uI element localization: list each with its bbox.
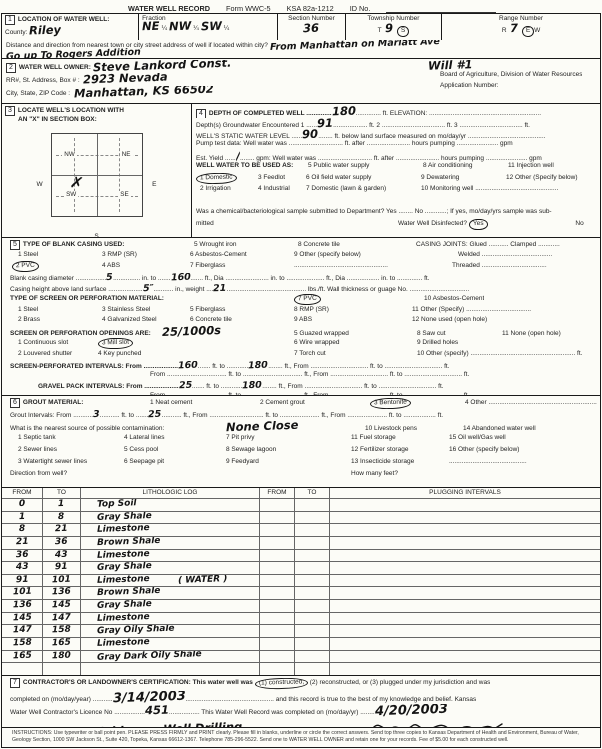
id-number-blank: [386, 5, 496, 13]
screen-9: 9 ABS: [294, 316, 412, 324]
plug-desc: [330, 524, 600, 537]
opening-11: 11 None (open hole): [502, 330, 561, 338]
use-3: 3 Feedlot: [258, 174, 306, 182]
opening-6: 6 Wire wrapped: [294, 339, 417, 347]
well-name-value: Will #1: [428, 60, 473, 71]
casing-6: 6 Asbestos-Cement: [190, 251, 294, 259]
section-2-number: 2: [6, 63, 16, 73]
plug-desc: [330, 625, 600, 638]
casing-height-label: Casing height above land surface .......…: [10, 286, 143, 294]
application-number-label: Application Number:: [440, 82, 499, 90]
log-row-to: 136: [43, 587, 81, 600]
groundwater-1-value: 91: [317, 118, 333, 129]
contam-16: 16 Other (specify below): [449, 446, 519, 454]
use-8: 8 Air conditioning: [423, 162, 508, 170]
section-6-grout: 6GROUT MATERIAL:1 Neat cement2 Cement gr…: [2, 395, 600, 487]
log-row-desc: Brown Shale: [81, 587, 260, 600]
water-annotation: ( WATER ): [178, 575, 228, 586]
log-row-to: 21: [43, 524, 81, 537]
grout-to-value: 25: [148, 410, 162, 420]
locate-heading-2: AN "X" IN SECTION BOX:: [5, 116, 188, 124]
contam-10: 10 Livestock pens: [365, 425, 463, 433]
section-number-value: 36: [303, 23, 319, 35]
openings-heading: SCREEN OR PERFORATION OPENINGS ARE:: [10, 330, 162, 338]
log-row-desc: Gray Oily Shale: [81, 625, 260, 638]
col-header-from-right: FROM: [260, 488, 295, 499]
grout-intervals-post: ........... ft., From ..................…: [162, 412, 443, 420]
instructions-text: INSTRUCTIONS: Use typewriter or ball poi…: [12, 730, 579, 743]
gpi-post: ........ ft., From .....................…: [262, 383, 443, 391]
col-header-lithologic-log: LITHOLOGIC LOG: [81, 488, 260, 499]
constructed-circled: (1) constructed,: [255, 678, 308, 690]
well-location-x-mark: ✗: [68, 174, 84, 192]
section-7-number: 7: [10, 678, 20, 688]
locate-heading-1: LOCATE WELL'S LOCATION WITH: [18, 107, 124, 115]
quarter-2: ¼: [193, 25, 198, 33]
log-row-to: 91: [43, 562, 81, 575]
spi-cont-line: From ................................. f…: [10, 371, 469, 379]
log-row-from: 1: [2, 512, 43, 525]
grout-from-value: 3: [93, 410, 100, 420]
distance-direction-block: Distance and direction from nearest town…: [2, 40, 600, 58]
section-3-number: 3: [5, 106, 15, 116]
completed-date-value: 3/14/2003: [112, 691, 185, 704]
plug-to: [295, 537, 330, 550]
log-row-to: 145: [43, 600, 81, 613]
plug-to: [295, 638, 330, 651]
casing-welded: Welded .................................…: [412, 251, 552, 259]
plug-to: [295, 499, 330, 512]
plug-desc: [330, 600, 600, 613]
casing-5: 5 Wrought iron: [194, 241, 298, 249]
address-label: RR#, St. Address, Box # :: [6, 77, 80, 85]
grout-3-bentonite-circled: 3 Bentonite: [370, 398, 411, 409]
plug-desc: [330, 613, 600, 626]
city-label: City, State, ZIP Code :: [6, 90, 70, 98]
col-header-plugging-intervals: PLUGGING INTERVALS: [330, 488, 600, 499]
feet-question: How many feet?: [351, 470, 398, 478]
owner-left: 2WATER WELL OWNER: Steve Lankord Const. …: [2, 59, 362, 103]
contam-12: 12 Fertilizer storage: [351, 446, 449, 454]
log-row-desc: Limestone: [81, 550, 260, 563]
disinfected-label: Water Well Disinfected?: [398, 220, 467, 228]
screen-8: 8 RMP (SR): [294, 306, 412, 314]
contam-14: 14 Abandoned water well: [463, 425, 536, 433]
opening-9: 9 Drilled holes: [417, 339, 458, 347]
gpi-mid: ....... ft. to ............: [192, 383, 243, 391]
spi-mid: ....... ft. to ............: [198, 363, 249, 371]
plug-from: [260, 625, 295, 638]
diameter-label: Blank casing diameter .................: [10, 275, 106, 283]
contam-other-blank: ........................................…: [449, 458, 597, 466]
id-number-label: ID No.: [350, 4, 371, 13]
spi-from-value: 160: [178, 361, 198, 371]
contam-2: 2 Sewer lines: [10, 446, 124, 454]
use-12: 12 Other (Specify below): [506, 174, 578, 182]
log-row-desc: Limestone( WATER ): [81, 575, 260, 588]
completed-on-label: completed on (mo/day/year) ...........: [10, 696, 113, 704]
grout-heading: GROUT MATERIAL:: [23, 399, 84, 406]
plug-from: [260, 638, 295, 651]
gpi-from-value: 25: [178, 381, 192, 391]
plug-from: [260, 587, 295, 600]
plug-desc: [330, 537, 600, 550]
est-yield-mark: /: [236, 151, 241, 162]
screen-10: 10 Asbestos-Cement: [424, 295, 484, 303]
township-cell: Township Number T 9 S: [345, 14, 441, 40]
log-row-from: 165: [2, 651, 43, 664]
log-row-desc: Brown Shale: [81, 537, 260, 550]
grout-intervals-mid: ........... ft. to .......: [100, 412, 149, 420]
section-3-4-row: 3LOCATE WELL'S LOCATION WITH AN "X" IN S…: [2, 103, 600, 237]
disinfected-no: No: [575, 220, 583, 228]
plug-to: [295, 562, 330, 575]
screen-2: 2 Brass: [10, 316, 102, 324]
certification-line-1-rest: (2) reconstructed, or (3) plugged under …: [310, 679, 491, 687]
log-row-from: 36: [2, 550, 43, 563]
screen-6: 6 Concrete tile: [190, 316, 294, 324]
grout-intervals-label: Grout Intervals: From ...........: [10, 412, 93, 420]
casing-joints-label: CASING JOINTS: Glued ........... Clamped…: [416, 241, 560, 249]
plug-desc: [330, 587, 600, 600]
use-5: 5 Public water supply: [308, 162, 423, 170]
plug-to: [295, 587, 330, 600]
business-name-value: Haldeman Well Drilling: [94, 721, 243, 727]
plug-from: [260, 600, 295, 613]
water-well-record-form: WATER WELL RECORD Form WWC-5 KSA 82a-121…: [0, 0, 602, 749]
owner-right: Will #1 Board of Agriculture, Division o…: [362, 59, 600, 103]
use-7: 7 Domestic (lawn & garden): [306, 185, 421, 193]
log-row-from: 101: [2, 587, 43, 600]
log-row-from: 158: [2, 638, 43, 651]
log-row-from: 21: [2, 537, 43, 550]
gpi-to-value: 180: [242, 381, 262, 391]
plug-desc: [330, 512, 600, 525]
contam-6: 6 Seepage pit: [124, 458, 226, 466]
instructions-block: INSTRUCTIONS: Use typewriter or ball poi…: [2, 727, 600, 749]
depth-value: 180: [331, 106, 355, 118]
diameter-mid: ............... in. to .......: [113, 275, 170, 283]
casing-1: 1 Steel: [10, 251, 102, 259]
casing-height-value: 5″: [142, 284, 153, 294]
plug-desc: [330, 550, 600, 563]
log-row-desc: Limestone: [81, 613, 260, 626]
use-6: 6 Oil field water supply: [306, 174, 421, 182]
owner-heading: WATER WELL OWNER:: [19, 64, 91, 72]
plug-from: [260, 550, 295, 563]
col-header-from-left: FROM: [2, 488, 43, 499]
plug-desc: [330, 575, 600, 588]
opening-1: 1 Continuous slot: [10, 339, 98, 347]
log-row-from: 147: [2, 625, 43, 638]
opening-5: 5 Guazed wrapped: [294, 330, 417, 338]
static-level-value: 90: [302, 129, 318, 140]
est-yield-post: ........ gpm: Well water was ...........…: [240, 155, 542, 162]
plug-to: [295, 512, 330, 525]
section-5-number: 5: [10, 240, 20, 250]
form-number: Form WWC-5: [226, 4, 271, 13]
casing-threaded: Threaded ...............................…: [412, 262, 547, 270]
plug-from: [260, 512, 295, 525]
casing-7: 7 Fiberglass: [190, 262, 294, 270]
log-row-desc: [81, 663, 260, 676]
form-title-bar: WATER WELL RECORD Form WWC-5 KSA 82a-121…: [0, 0, 602, 13]
groundwater-label: Depth(s) Groundwater Encountered 1 .....…: [196, 122, 317, 129]
plug-from: [260, 575, 295, 588]
plug-from: [260, 663, 295, 676]
section-5-casing: 5TYPE OF BLANK CASING USED:5 Wrought iro…: [2, 237, 600, 395]
static-level-label: WELL'S STATIC WATER LEVEL ......: [196, 133, 302, 140]
compass-west-label: W: [37, 181, 43, 189]
township-value: 9: [385, 23, 393, 35]
casing-heading: TYPE OF BLANK CASING USED:: [23, 241, 124, 248]
range-e-circled: E: [522, 26, 535, 37]
opening-8: 8 Saw cut: [417, 330, 502, 338]
log-row-to: 43: [43, 550, 81, 563]
col-header-to-right: TO: [295, 488, 330, 499]
use-1-domestic-circled: 1 Domestic: [196, 173, 237, 184]
contam-7: 7 Pit privy: [226, 434, 351, 442]
log-row-desc: Gray Dark Oily Shale: [81, 651, 260, 664]
section-4-depth: 4DEPTH OF COMPLETED WELL ..............1…: [192, 104, 600, 237]
section-box: NW NE SW SE ✗: [51, 133, 143, 217]
log-row-from: 43: [2, 562, 43, 575]
plug-desc: [330, 638, 600, 651]
plug-from: [260, 537, 295, 550]
opening-3-mill-slot-circled: 3 Mill slot: [98, 338, 133, 349]
screen-11: 11 Other (Specify) .....................…: [412, 306, 531, 314]
log-row-to: [43, 663, 81, 676]
contam-1: 1 Septic tank: [10, 434, 124, 442]
log-row-from: 136: [2, 600, 43, 613]
plug-to: [295, 550, 330, 563]
casing-9: 9 Other (specify below): [294, 251, 412, 259]
depth-label: DEPTH OF COMPLETED WELL ..............: [209, 110, 332, 118]
range-r: R: [502, 27, 507, 34]
spi-to-value: 180: [248, 361, 268, 371]
screen-material-heading: TYPE OF SCREEN OR PERFORATION MATERIAL:: [10, 295, 294, 303]
casing-4: 4 ABS: [102, 262, 190, 270]
plug-from: [260, 499, 295, 512]
static-level-post: ........ ft. below land surface measured…: [318, 133, 545, 140]
log-row-from: 0: [2, 499, 43, 512]
county-value: Riley: [29, 24, 61, 37]
record-completed-label: ................. This Water Well Record…: [169, 709, 375, 717]
fraction-3-value: SW: [201, 21, 222, 33]
certification-heading: CONTRACTOR'S OR LANDOWNER'S CERTIFICATIO…: [23, 679, 253, 687]
plug-from: [260, 613, 295, 626]
log-row-to: 1: [43, 499, 81, 512]
casing-9-blank: ........................................…: [294, 262, 412, 270]
use-10: 10 Monitoring well .....................…: [421, 185, 597, 193]
use-11: 11 Injection well: [508, 162, 554, 170]
log-row-to: 147: [43, 613, 81, 626]
log-row-from: 8: [2, 524, 43, 537]
plug-desc: [330, 499, 600, 512]
county-label: County:: [5, 29, 27, 37]
mitted-label: mitted: [196, 220, 230, 228]
quadrant-sw-label: SW: [64, 191, 78, 199]
grout-2: 2 Cement grout: [260, 399, 370, 407]
log-row-desc: Gray Shale: [81, 512, 260, 525]
plug-from: [260, 524, 295, 537]
township-label: Township Number: [367, 15, 419, 22]
contam-4: 4 Lateral lines: [124, 434, 226, 442]
casing-2-pvc-circled: 2 PVC: [12, 261, 39, 272]
section-1-heading: LOCATION OF WATER WELL:: [18, 16, 109, 24]
spi-label: SCREEN-PERFORATED INTERVALS: From ......…: [10, 363, 178, 371]
section-7-certification: 7CONTRACTOR'S OR LANDOWNER'S CERTIFICATI…: [2, 675, 600, 727]
range-value: 7: [510, 23, 518, 35]
plug-to: [295, 524, 330, 537]
fraction-cell: Fraction NE¼ NW¼ SW¼: [138, 14, 277, 40]
casing-weight-value: 21: [213, 284, 227, 294]
section-number-cell: Section Number 36: [277, 14, 345, 40]
groundwater-post: ................... ft. 2 ..............…: [333, 122, 530, 129]
screen-7-pvc-circled: 7 PVC: [294, 294, 321, 305]
section-box-wrap: N S W E NW NE SW SE ✗: [27, 133, 167, 237]
sample-question: Was a chemical/bacteriological sample su…: [196, 208, 552, 216]
owner-value: Steve Lankord Const.: [93, 60, 232, 73]
record-date-value: 4/20/2003: [374, 704, 447, 717]
screen-3: 3 Stainless Steel: [102, 306, 190, 314]
quarter-3: ¼: [224, 25, 229, 33]
signature-scrawl: [354, 720, 504, 727]
plug-to: [295, 575, 330, 588]
plug-desc: [330, 562, 600, 575]
log-row-to: 165: [43, 638, 81, 651]
screen-4: 4 Galvanized Steel: [102, 316, 190, 324]
diameter-post: ....... ft., Dia .......................…: [190, 275, 429, 283]
log-row-to: 158: [43, 625, 81, 638]
board-of-agriculture-label: Board of Agriculture, Division of Water …: [440, 71, 582, 79]
direction-question: Direction from well?: [10, 470, 351, 478]
casing-8: 8 Concrete tile: [298, 241, 416, 249]
range-cell: Range Number R 7 EW: [441, 14, 600, 40]
log-row-to: 36: [43, 537, 81, 550]
address-value: 2923 Nevada: [83, 73, 168, 86]
spi-post: ........ ft., From .....................…: [268, 363, 449, 371]
log-row-desc: Top Soil: [81, 499, 260, 512]
county-cell: 1LOCATION OF WATER WELL: County: Riley: [2, 14, 138, 40]
plug-desc: [330, 663, 600, 676]
licence-value: 451: [145, 705, 169, 717]
screen-1: 1 Steel: [10, 306, 102, 314]
form-ksa: KSA 82a-1212: [287, 4, 334, 13]
casing-3: 3 RMP (SR): [102, 251, 190, 259]
log-row-to: 180: [43, 651, 81, 664]
form-body: 1LOCATION OF WATER WELL: County: Riley F…: [1, 13, 601, 748]
fraction-1-value: NE: [142, 21, 160, 33]
section-3-locate: 3LOCATE WELL'S LOCATION WITH AN "X" IN S…: [2, 104, 192, 237]
compass-east-label: E: [152, 181, 156, 189]
log-row-desc: Gray Shale: [81, 562, 260, 575]
openings-value: 25/1000s: [162, 326, 221, 338]
section-1-location: 1LOCATION OF WATER WELL: County: Riley F…: [2, 14, 600, 58]
screen-12: 12 None used (open hole): [412, 316, 487, 324]
log-row-to: 101: [43, 575, 81, 588]
contam-13: 13 Insecticide storage: [351, 458, 449, 466]
disinfected-yes-circled: Yes: [469, 219, 488, 230]
city-value: Manhattan, KS 66502: [74, 86, 214, 99]
quadrant-se-label: SE: [118, 191, 130, 199]
section-2-owner: 2WATER WELL OWNER: Steve Lankord Const. …: [2, 58, 600, 103]
contam-11: 11 Fuel storage: [351, 434, 449, 442]
col-header-to-left: TO: [43, 488, 81, 499]
quarter-1: ¼: [162, 25, 167, 33]
section-4-number: 4: [196, 109, 206, 118]
plug-to: [295, 600, 330, 613]
plug-to: [295, 651, 330, 664]
section-6-number: 6: [10, 398, 20, 408]
use-9: 9 Dewatering: [421, 174, 506, 182]
opening-4: 4 Key punched: [98, 350, 294, 358]
plug-to: [295, 625, 330, 638]
plug-to: [295, 663, 330, 676]
log-row-desc: Limestone: [81, 524, 260, 537]
opening-7: 7 Torch cut: [294, 350, 417, 358]
quadrant-nw-label: NW: [62, 151, 77, 159]
contam-15: 15 Oil well/Gas well: [449, 434, 506, 442]
contamination-question: What is the nearest source of possible c…: [10, 425, 226, 433]
contam-8: 8 Sewage lagoon: [226, 446, 351, 454]
range-w: W: [534, 27, 540, 34]
gpi-label: GRAVEL PACK INTERVALS: From ............…: [10, 383, 179, 391]
log-row-desc: Gray Shale: [81, 600, 260, 613]
lithologic-log-table: FROM TO LITHOLOGIC LOG FROM TO PLUGGING …: [2, 487, 600, 675]
use-4: 4 Industrial: [258, 185, 306, 193]
diameter-ft-value: 160: [170, 273, 190, 283]
plug-from: [260, 651, 295, 664]
use-2: 2 Irrigation: [196, 185, 258, 193]
certification-line-2-rest: ........................................…: [185, 696, 476, 704]
fraction-2-value: NW: [169, 21, 192, 33]
licence-label: Water Well Contractor's Licence No .....…: [10, 709, 145, 717]
log-row-desc: Limestone: [81, 638, 260, 651]
township-s-circled: S: [397, 26, 410, 37]
use-heading: WELL WATER TO BE USED AS:: [196, 162, 308, 170]
form-title: WATER WELL RECORD: [128, 4, 210, 13]
depth-post: .............. ft. ELEVATION: ..........…: [356, 110, 541, 118]
plug-desc: [330, 651, 600, 664]
log-row-to: 8: [43, 512, 81, 525]
range-label: Range Number: [499, 15, 543, 22]
opening-10: 10 Other (specify) .....................…: [417, 350, 597, 358]
section-1-number: 1: [5, 15, 15, 25]
log-row-from: [2, 663, 43, 676]
township-t: T: [378, 27, 382, 34]
log-row-from: 91: [2, 575, 43, 588]
quadrant-ne-label: NE: [120, 151, 133, 159]
casing-height-post: ........................................…: [227, 286, 470, 294]
plug-to: [295, 613, 330, 626]
screen-5: 5 Fiberglass: [190, 306, 294, 314]
est-yield-label: Est. Yield ......: [196, 155, 236, 162]
grout-4: 4 Other ................................…: [465, 399, 597, 407]
casing-height-mid: ........... in., weight ....: [153, 286, 213, 294]
log-row-from: 145: [2, 613, 43, 626]
center-horizontal-line: [52, 175, 142, 176]
contam-5: 5 Cess pool: [124, 446, 226, 454]
plug-from: [260, 562, 295, 575]
diameter-value: 5: [106, 273, 113, 283]
opening-2: 2 Louvered shutter: [10, 350, 98, 358]
grout-1: 1 Neat cement: [150, 399, 260, 407]
pump-test-label: Pump test data: Well water was .........…: [196, 140, 513, 148]
contamination-value: None Close: [226, 421, 299, 433]
contam-9: 9 Feedyard: [226, 458, 351, 466]
contam-3: 3 Watertight sewer lines: [10, 458, 124, 466]
